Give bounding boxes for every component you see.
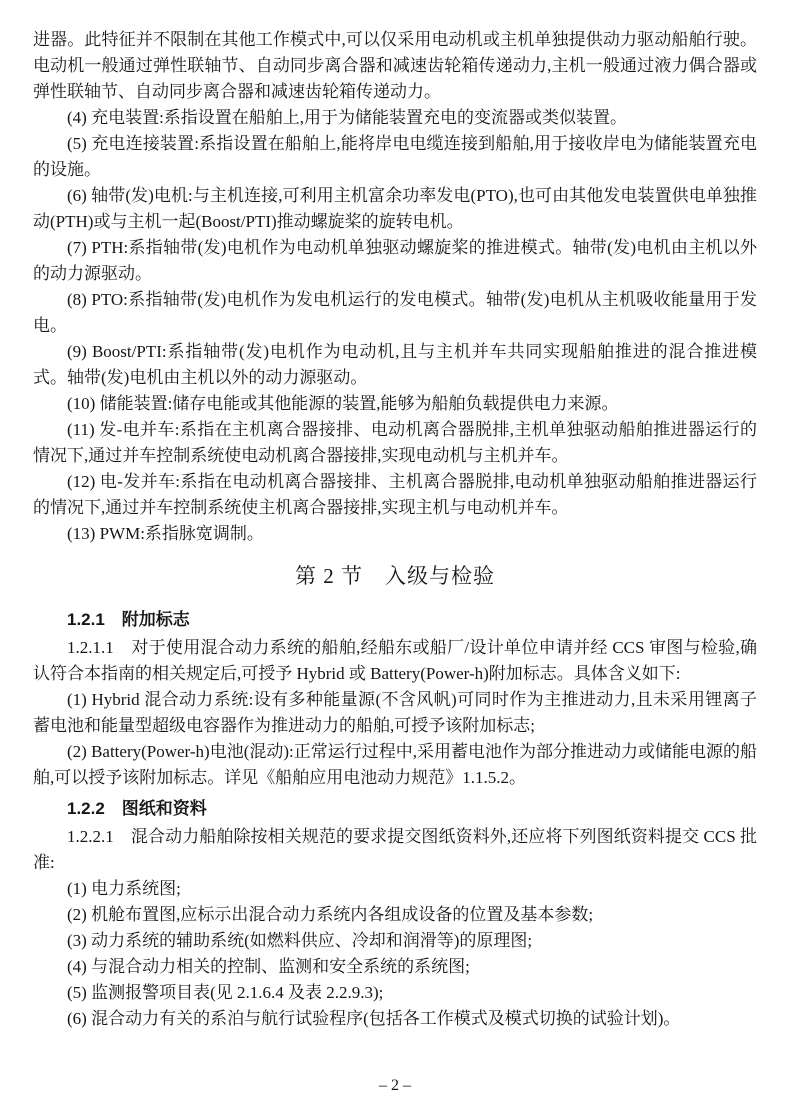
continuation-paragraph: 进器。此特征并不限制在其他工作模式中,可以仅采用电动机或主机单独提供动力驱动船舶…: [33, 27, 757, 105]
definition-item-13: (13) PWM:系指脉宽调制。: [33, 521, 757, 547]
notation-item-battery: (2) Battery(Power-h)电池(混动):正常运行过程中,采用蓄电池…: [33, 739, 757, 791]
clause-1-2-2-1: 1.2.2.1 混合动力船舶除按相关规范的要求提交图纸资料外,还应将下列图纸资料…: [33, 824, 757, 876]
definition-item-10: (10) 储能装置:储存电能或其他能源的装置,能够为船舶负载提供电力来源。: [33, 391, 757, 417]
drawing-item-1: (1) 电力系统图;: [33, 876, 757, 902]
drawing-item-2: (2) 机舱布置图,应标示出混合动力系统内各组成设备的位置及基本参数;: [33, 902, 757, 928]
page-number: – 2 –: [0, 1077, 790, 1095]
definition-item-4: (4) 充电装置:系指设置在船舶上,用于为储能装置充电的变流器或类似装置。: [33, 105, 757, 131]
definition-item-9: (9) Boost/PTI:系指轴带(发)电机作为电动机,且与主机并车共同实现船…: [33, 339, 757, 391]
definition-item-11: (11) 发-电并车:系指在主机离合器接排、电动机离合器脱排,主机单独驱动船舶推…: [33, 417, 757, 469]
document-page: 进器。此特征并不限制在其他工作模式中,可以仅采用电动机或主机单独提供动力驱动船舶…: [0, 0, 790, 1115]
drawing-item-6: (6) 混合动力有关的系泊与航行试验程序(包括各工作模式及模式切换的试验计划)。: [33, 1006, 757, 1032]
subsection-heading-1-2-2: 1.2.2 图纸和资料: [33, 796, 757, 822]
subsection-heading-1-2-1: 1.2.1 附加标志: [33, 607, 757, 633]
definition-item-5: (5) 充电连接装置:系指设置在船舶上,能将岸电电缆连接到船舶,用于接收岸电为储…: [33, 131, 757, 183]
drawing-item-4: (4) 与混合动力相关的控制、监测和安全系统的系统图;: [33, 954, 757, 980]
definition-item-12: (12) 电-发并车:系指在电动机离合器接排、主机离合器脱排,电动机单独驱动船舶…: [33, 469, 757, 521]
notation-item-hybrid: (1) Hybrid 混合动力系统:设有多种能量源(不含风帆)可同时作为主推进动…: [33, 687, 757, 739]
section-title: 第 2 节 入级与检验: [33, 561, 757, 592]
drawing-item-3: (3) 动力系统的辅助系统(如燃料供应、冷却和润滑等)的原理图;: [33, 928, 757, 954]
drawing-item-5: (5) 监测报警项目表(见 2.1.6.4 及表 2.2.9.3);: [33, 980, 757, 1006]
definition-item-8: (8) PTO:系指轴带(发)电机作为发电机运行的发电模式。轴带(发)电机从主机…: [33, 287, 757, 339]
definition-item-6: (6) 轴带(发)电机:与主机连接,可利用主机富余功率发电(PTO),也可由其他…: [33, 183, 757, 235]
definition-item-7: (7) PTH:系指轴带(发)电机作为电动机单独驱动螺旋桨的推进模式。轴带(发)…: [33, 235, 757, 287]
page-content: 进器。此特征并不限制在其他工作模式中,可以仅采用电动机或主机单独提供动力驱动船舶…: [33, 27, 757, 1032]
clause-1-2-1-1: 1.2.1.1 对于使用混合动力系统的船舶,经船东或船厂/设计单位申请并经 CC…: [33, 635, 757, 687]
